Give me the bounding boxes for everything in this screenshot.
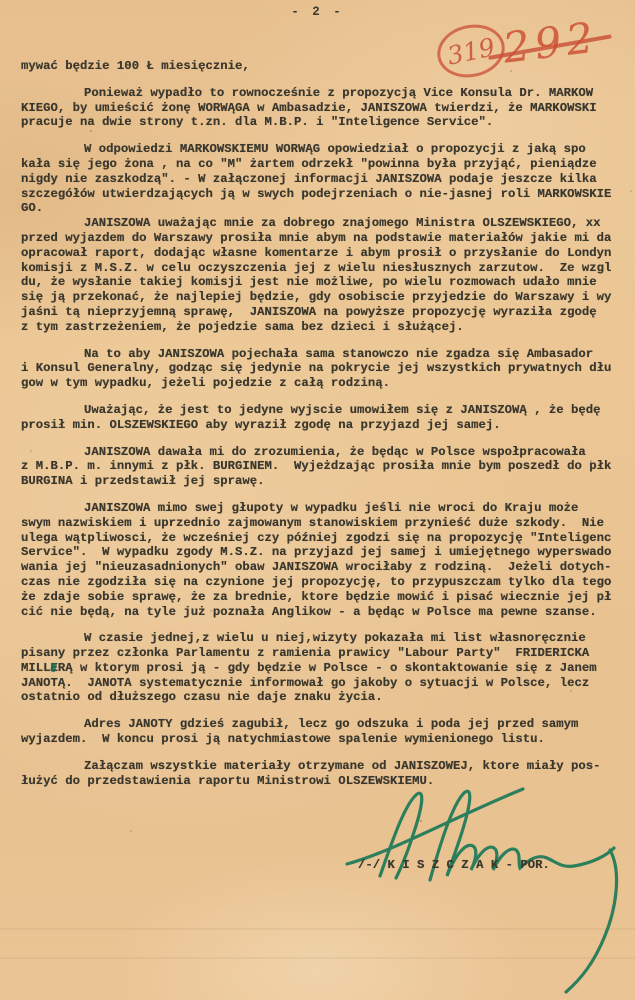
paragraph: Ponieważ wypadło to rownocześnie z propo…: [21, 86, 633, 130]
page-number: - 2 -: [0, 5, 635, 19]
paragraph: JANISZOWA mimo swej głupoty w wypadku je…: [21, 501, 633, 619]
typed-signature-name: /-/ K I S Z C Z A K - POR.: [358, 858, 550, 872]
signature-descender-tail: [566, 850, 617, 992]
paragraph: W odpowiedzi MARKOWSKIEMU WORWĄG opowied…: [21, 142, 633, 216]
paper-fold-line: [0, 957, 635, 959]
paragraph: Adres JANOTY gdzieś zagubił, lecz go ods…: [21, 717, 633, 747]
document-page: - 2 - 319 292 mywać będzie 100 Ł miesięc…: [0, 0, 635, 1000]
paragraph: JANISZOWA uważając mnie za dobrego znajo…: [21, 216, 633, 334]
paragraph: W czasie jednej,z wielu u niej,wizyty po…: [21, 631, 633, 705]
paragraph: JANISZOWA dawała mi do zrozumienia, że b…: [21, 445, 633, 489]
paragraph: Na to aby JANISZOWA pojechała sama stano…: [21, 347, 633, 391]
paper-fold-line: [0, 928, 635, 930]
paragraph: Uważając, że jest to jedyne wyjscie umow…: [21, 403, 633, 433]
paragraph: Załączam wszystkie materiały otrzymane o…: [21, 759, 633, 789]
paragraph: mywać będzie 100 Ł miesięcznie,: [21, 59, 633, 74]
document-body: mywać będzie 100 Ł miesięcznie,Ponieważ …: [21, 59, 633, 800]
